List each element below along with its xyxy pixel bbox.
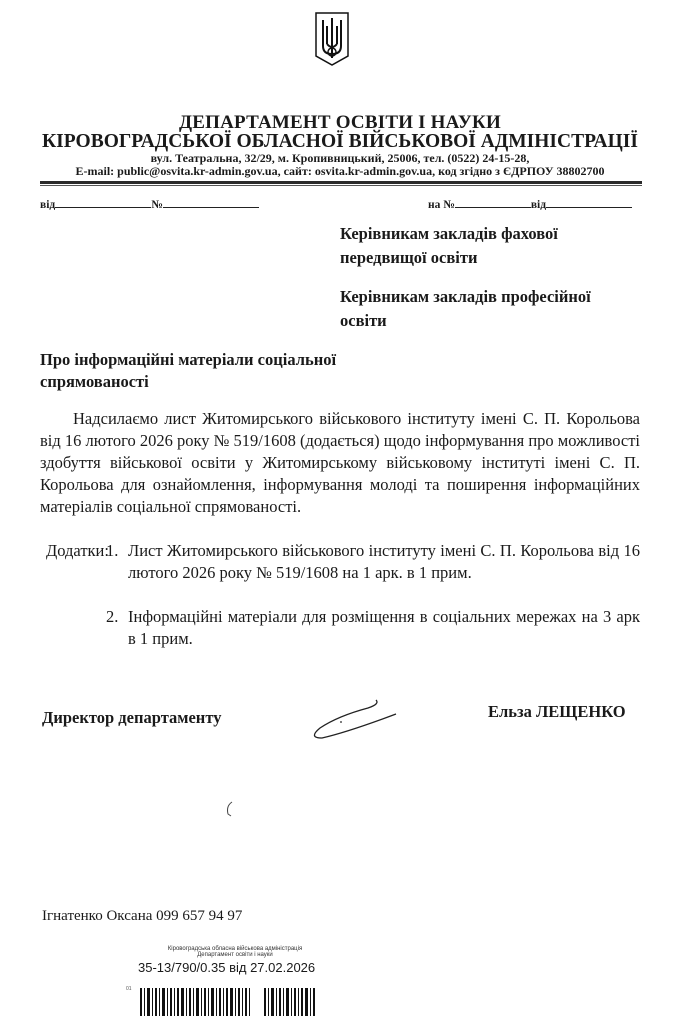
letter-subject: Про інформаційні матеріали соціальної сп… <box>40 349 340 393</box>
signatory-name: Ельза ЛЕЩЕНКО <box>488 702 626 722</box>
number-field <box>163 197 259 208</box>
reply-to-label: на № <box>428 199 455 211</box>
barcode-icon <box>140 988 316 1016</box>
header-divider-thin <box>40 185 642 186</box>
annex-item: 1. Лист Житомирського військового інстит… <box>128 540 640 584</box>
tryzub-coat-of-arms-icon <box>315 12 349 66</box>
outgoing-registration: від№ <box>40 197 259 211</box>
annex-item-text: Інформаційні матеріали для розміщення в … <box>128 606 640 650</box>
reply-date-field <box>546 197 632 208</box>
stamp-department: Департамент освіти і науки <box>140 952 330 958</box>
annex-item: 2. Інформаційні матеріали для розміщення… <box>128 606 640 650</box>
stamp-op-mark: 01 <box>126 986 132 992</box>
date-field <box>55 197 151 208</box>
annex-item-text: Лист Житомирського військового інституту… <box>128 540 640 584</box>
administration-title: КІРОВОГРАДСЬКОЇ ОБЛАСНОЇ ВІЙСЬКОВОЇ АДМІ… <box>0 131 680 153</box>
handwritten-signature-icon <box>308 696 398 746</box>
from-label: від <box>40 199 55 211</box>
executor-contact: Ігнатенко Оксана 099 657 94 97 <box>42 908 242 925</box>
addressee-2: Керівникам закладів професійної освіти <box>340 285 640 333</box>
department-contacts: E-mail: public@osvita.kr-admin.gov.ua, с… <box>0 164 680 179</box>
addressee-1: Керівникам закладів фахової передвищої о… <box>340 222 640 270</box>
reply-from-label: від <box>531 199 546 211</box>
stamp-registration-number: 35-13/790/0.35 від 27.02.2026 <box>138 960 330 975</box>
header-divider <box>40 181 642 184</box>
pen-mark-icon <box>224 800 236 818</box>
letter-body: Надсилаємо лист Житомирського військовог… <box>40 408 640 518</box>
reply-number-field <box>455 197 531 208</box>
reply-registration: на №від <box>428 197 632 211</box>
annex-label: Додатки: <box>46 540 109 562</box>
annex-item-number: 2. <box>106 606 118 628</box>
signatory-title: Директор департаменту <box>42 708 221 728</box>
number-label: № <box>151 199 163 211</box>
registration-stamp: Кіровоградська обласна військова адмініс… <box>130 946 330 975</box>
annex-item-number: 1. <box>106 540 118 562</box>
